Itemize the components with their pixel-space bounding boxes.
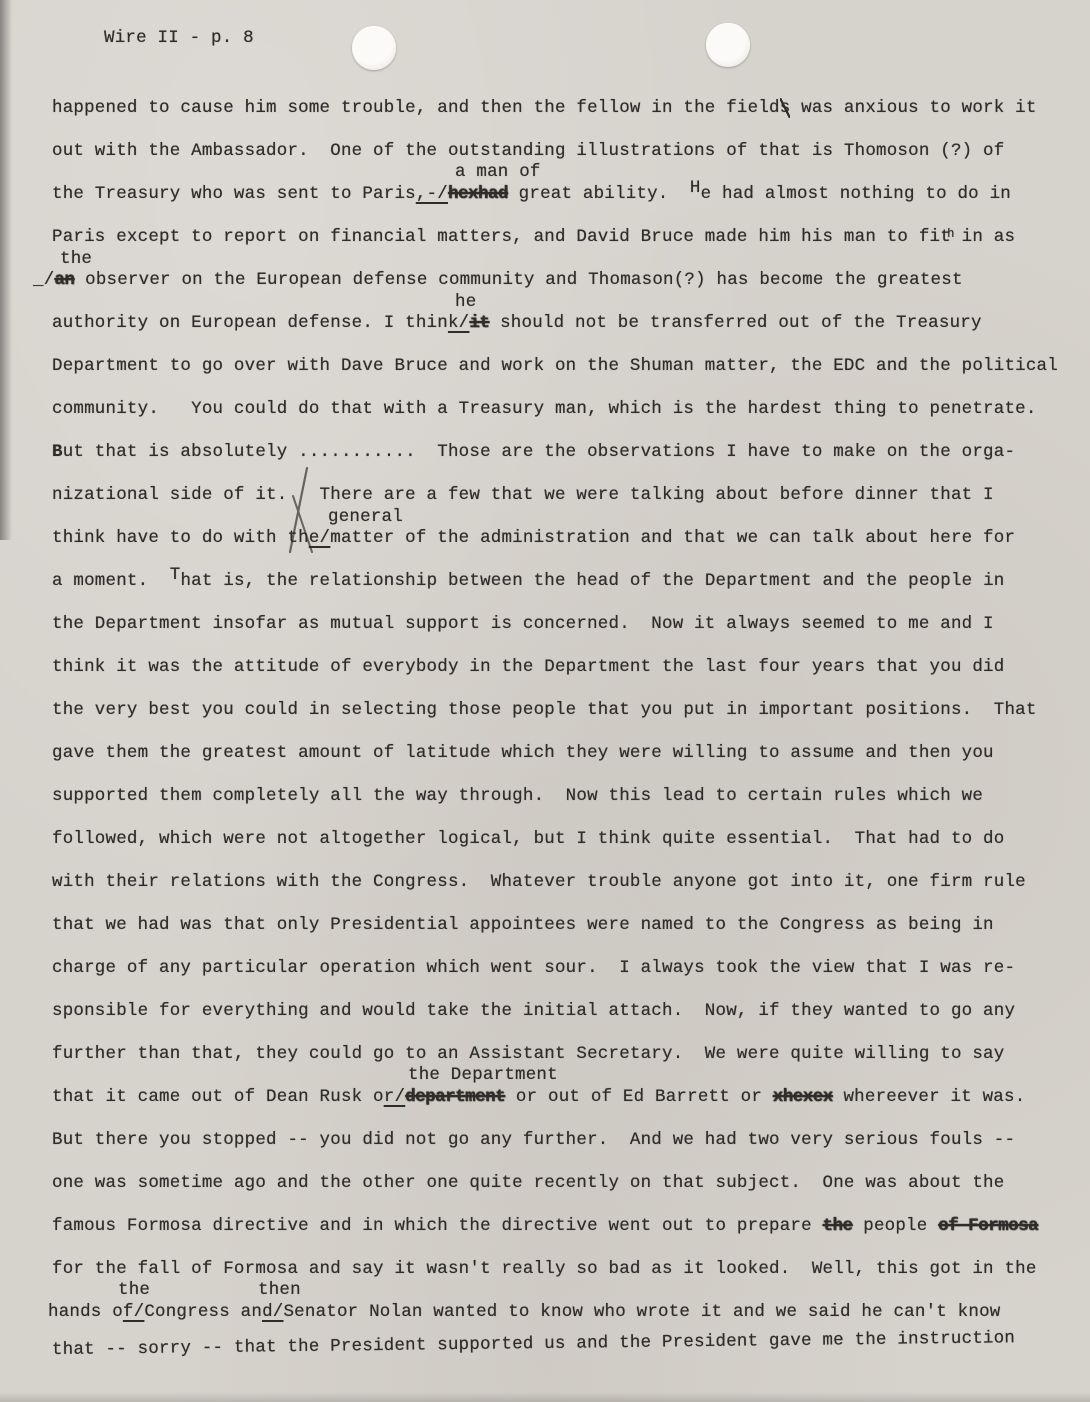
typed-text: H [690, 178, 701, 198]
typed-text: whereever it was. [833, 1087, 1026, 1107]
typed-text: e had almost nothing to do in [701, 184, 1011, 204]
typed-line: with their relations with the Congress. … [52, 870, 1026, 894]
insertion-slash: ,-/ [416, 184, 448, 204]
typed-text: Congress an [144, 1302, 262, 1322]
struck-out-text: hexhad [448, 184, 508, 204]
typed-text: people [853, 1216, 939, 1236]
typed-line: for the fall of Formosa and say it wasn'… [52, 1257, 1037, 1281]
typed-text: gave them the greatest amount of latitud… [52, 743, 994, 763]
typed-line: think have to do with the/matter of the … [52, 526, 1015, 550]
typed-text: supported them completely all the way th… [52, 786, 983, 806]
typed-text: that -- sorry -- that the President supp… [52, 1328, 1015, 1360]
punch-hole-left-icon [352, 26, 396, 70]
typed-line: famous Formosa directive and in which th… [52, 1214, 1038, 1238]
typed-text: community. You could do that with a Trea… [52, 399, 1037, 419]
typed-text: T [170, 565, 181, 585]
typed-text: should not be transferred out of the Tre… [489, 313, 981, 333]
typed-line: sponsible for everything and would take … [52, 999, 1015, 1023]
typed-text: nizational side of it. There are a few t… [52, 485, 994, 505]
typed-line: supported them completely all the way th… [52, 784, 983, 808]
typed-line: a moment. That is, the relationship betw… [52, 569, 1004, 593]
typed-text: that it came out of Dean Rusk o [52, 1087, 384, 1107]
typed-line: But that is absolutely ........... Those… [52, 440, 1015, 464]
typed-line: one was sometime ago and the other one q… [52, 1171, 1004, 1195]
typed-line: that it came out of Dean Rusk or/departm… [52, 1085, 1025, 1109]
typed-text: the Treasury who was sent to Paris [52, 184, 416, 204]
typed-line: hands of/Congress and/Senator Nolan want… [48, 1300, 1000, 1324]
struck-out-text: xhexex [773, 1087, 833, 1107]
typed-text: Department to go over with Dave Bruce an… [52, 356, 1058, 376]
typed-line: happened to cause him some trouble, and … [52, 96, 1037, 120]
typed-text: was anxious to work it [790, 98, 1036, 118]
typed-line: a man of [455, 160, 541, 184]
typed-text: the [60, 249, 92, 269]
typed-text: then [258, 1280, 301, 1300]
typed-text: charge of any particular operation which… [52, 958, 1015, 978]
typed-text: Paris except to report on financial matt… [52, 227, 1015, 247]
typed-line: nizational side of it. There are a few t… [52, 483, 994, 507]
typed-text: the Department [408, 1065, 558, 1085]
typed-text: hat is, the relationship between the hea… [180, 571, 1004, 591]
typed-text: that we had was that only Presidential a… [52, 915, 994, 935]
typed-text: for the fall of Formosa and say it wasn'… [52, 1259, 1037, 1279]
typed-text: happened to cause him some trouble, and … [52, 98, 780, 118]
typed-line: the [118, 1278, 150, 1302]
typed-text: ut that is absolutely ........... Those … [63, 442, 1015, 462]
typed-text: a moment. [52, 571, 170, 591]
typed-text: _/ [33, 270, 54, 290]
scanned-typewritten-page: Wire II - p. 8 happened to cause him som… [0, 0, 1090, 1402]
typed-text: matter of the administration and that we… [330, 528, 1015, 548]
typed-text: followed, which were not altogether logi… [52, 829, 1004, 849]
insertion-slash: f/ [123, 1302, 144, 1322]
typed-line: think it was the attitude of everybody i… [52, 655, 1004, 679]
typed-text: with their relations with the Congress. … [52, 872, 1026, 892]
typed-line: community. You could do that with a Trea… [52, 397, 1037, 421]
typed-text: s [780, 98, 791, 118]
typed-text: one was sometime ago and the other one q… [52, 1173, 1004, 1193]
typed-text: the very best you could in selecting tho… [52, 700, 1037, 720]
typed-text: think have to do with th [52, 528, 309, 548]
typed-line: that we had was that only Presidential a… [52, 913, 994, 937]
typed-text: But there you stopped -- you did not go … [52, 1130, 1015, 1150]
struck-out-text: of Formosa [938, 1216, 1038, 1236]
insertion-slash: d/ [262, 1302, 283, 1322]
typed-text: great ability. [508, 184, 690, 204]
typed-text: the Department insofar as mutual support… [52, 614, 994, 634]
typed-line: the Department [408, 1063, 558, 1087]
typed-text: general [328, 507, 403, 527]
typed-text: hands o [48, 1302, 123, 1322]
struck-out-text: an [54, 270, 74, 290]
insertion-slash: k/ [448, 313, 469, 333]
typed-text: Senator Nolan wanted to know who wrote i… [283, 1302, 1000, 1322]
typed-line: Department to go over with Dave Bruce an… [52, 354, 1058, 378]
page-header: Wire II - p. 8 [104, 26, 254, 50]
typed-text: B [52, 442, 63, 462]
typed-text: sponsible for everything and would take … [52, 1001, 1015, 1021]
typed-text: out with the Ambassador. One of the outs… [52, 141, 1004, 161]
typed-text: or out of Ed Barrett or [505, 1087, 773, 1107]
typed-line: Paris except to report on financial matt… [52, 225, 1015, 249]
typed-line: charge of any particular operation which… [52, 956, 1015, 980]
typed-text: famous Formosa directive and in which th… [52, 1216, 823, 1236]
typed-line: _/an observer on the European defense co… [33, 268, 963, 292]
typed-text: a man of [455, 162, 541, 182]
typed-text: think it was the attitude of everybody i… [52, 657, 1004, 677]
typed-line: then [258, 1278, 301, 1302]
struck-out-text: it [469, 313, 489, 333]
typed-text: observer on the European defense communi… [74, 270, 962, 290]
typed-text: he [455, 292, 476, 312]
struck-out-text: the [823, 1216, 853, 1236]
insertion-slash: r/ [384, 1087, 405, 1107]
typed-line: the Treasury who was sent to Paris,-/hex… [52, 182, 1011, 206]
typed-line: followed, which were not altogether logi… [52, 827, 1004, 851]
typed-line: that -- sorry -- that the President supp… [52, 1326, 1015, 1362]
typed-text: the [118, 1280, 150, 1300]
struck-out-text: department [405, 1087, 505, 1107]
typed-text: authority on European defense. I thin [52, 313, 448, 333]
typed-line: authority on European defense. I think/i… [52, 311, 982, 335]
typed-line: But there you stopped -- you did not go … [52, 1128, 1015, 1152]
typed-text: further than that, they could go to an A… [52, 1044, 1004, 1064]
insertion-slash: e/ [309, 528, 330, 548]
punch-hole-right-icon [706, 23, 750, 67]
typed-line: gave them the greatest amount of latitud… [52, 741, 994, 765]
typed-line: the Department insofar as mutual support… [52, 612, 994, 636]
typed-line: the very best you could in selecting tho… [52, 698, 1037, 722]
